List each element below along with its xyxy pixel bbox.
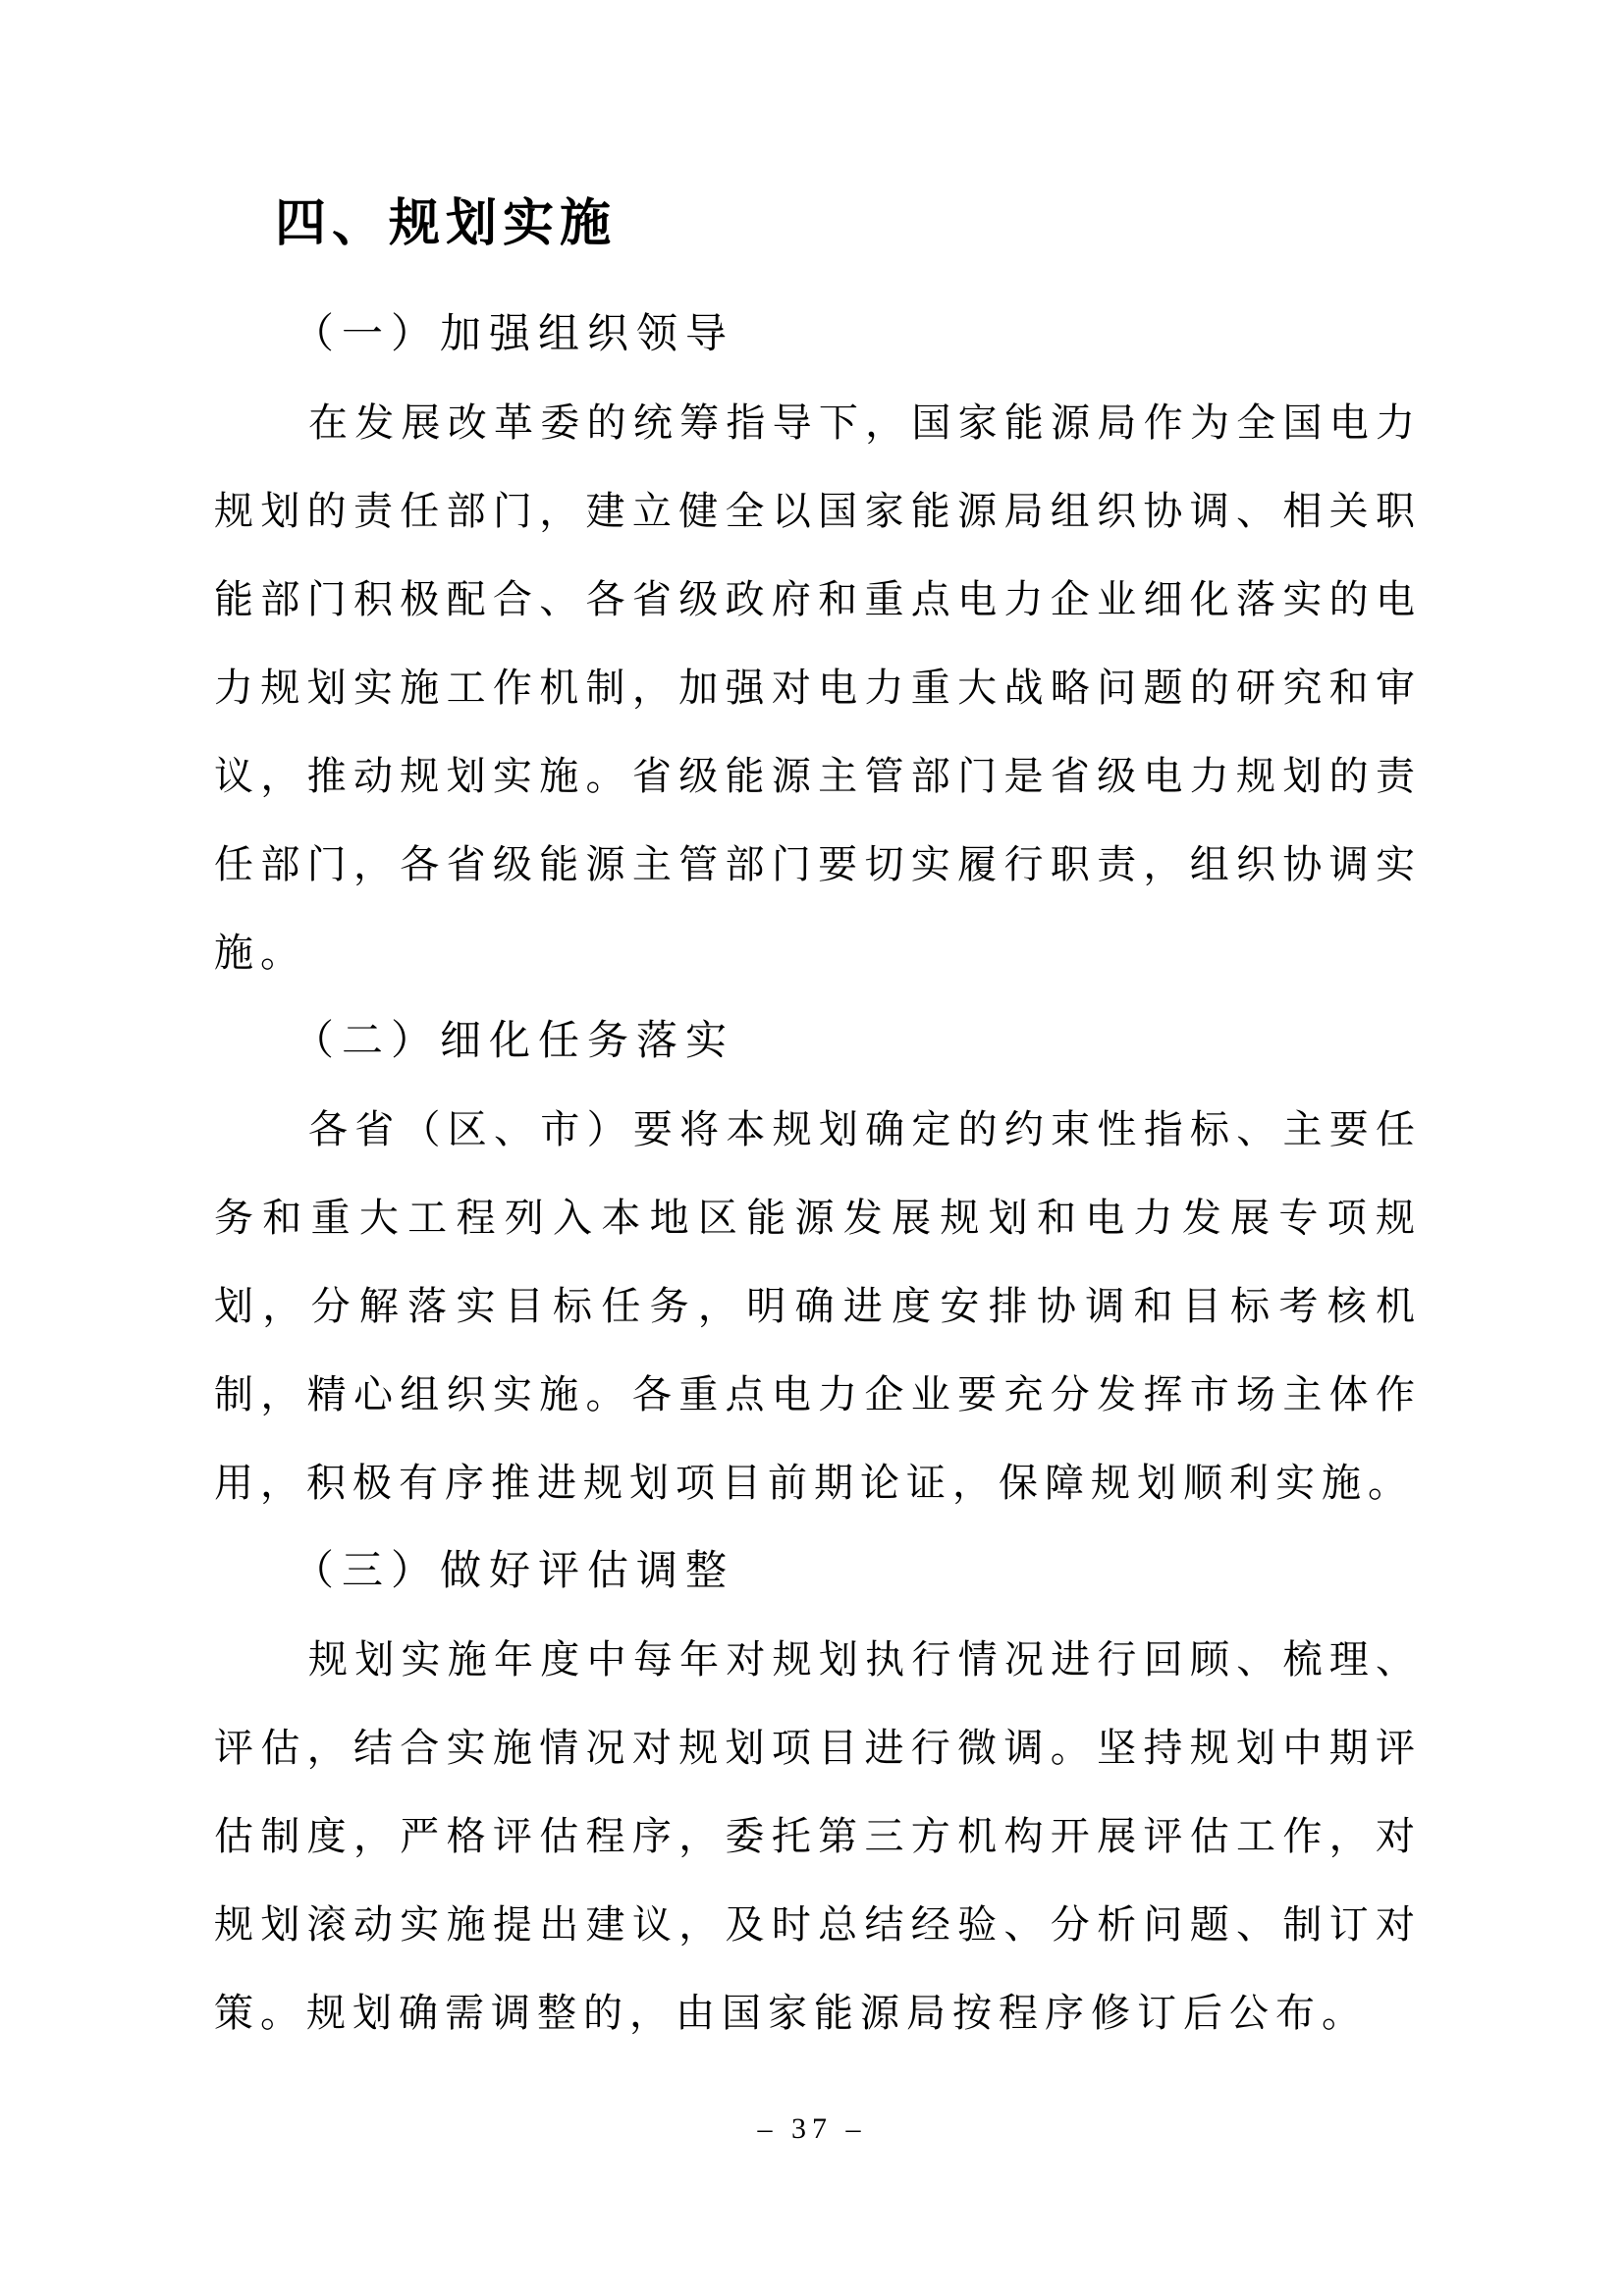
document-title: 四、规划实施 — [275, 192, 1422, 255]
paragraph: 在发展改革委的统筹指导下，国家能源局作为全国电力规划的责任部门，建立健全以国家能… — [214, 379, 1422, 997]
document-page: 四、规划实施 （一）加强组织领导 在发展改革委的统筹指导下，国家能源局作为全国电… — [0, 0, 1624, 2296]
section-evaluation-adjustment: （三）做好评估调整 规划实施年度中每年对规划执行情况进行回顾、梳理、评估，结合实… — [214, 1527, 1422, 2057]
section-heading: （一）加强组织领导 — [293, 291, 1422, 379]
paragraph: 各省（区、市）要将本规划确定的约束性指标、主要任务和重大工程列入本地区能源发展规… — [214, 1086, 1422, 1527]
document-body: 四、规划实施 （一）加强组织领导 在发展改革委的统筹指导下，国家能源局作为全国电… — [214, 192, 1422, 2057]
paragraph: 规划实施年度中每年对规划执行情况进行回顾、梳理、评估，结合实施情况对规划项目进行… — [214, 1616, 1422, 2057]
section-heading: （二）细化任务落实 — [293, 997, 1422, 1086]
section-heading: （三）做好评估调整 — [293, 1527, 1422, 1616]
section-organization-leadership: （一）加强组织领导 在发展改革委的统筹指导下，国家能源局作为全国电力规划的责任部… — [214, 291, 1422, 997]
page-number: – 37 – — [0, 2108, 1624, 2151]
section-task-implementation: （二）细化任务落实 各省（区、市）要将本规划确定的约束性指标、主要任务和重大工程… — [214, 997, 1422, 1527]
